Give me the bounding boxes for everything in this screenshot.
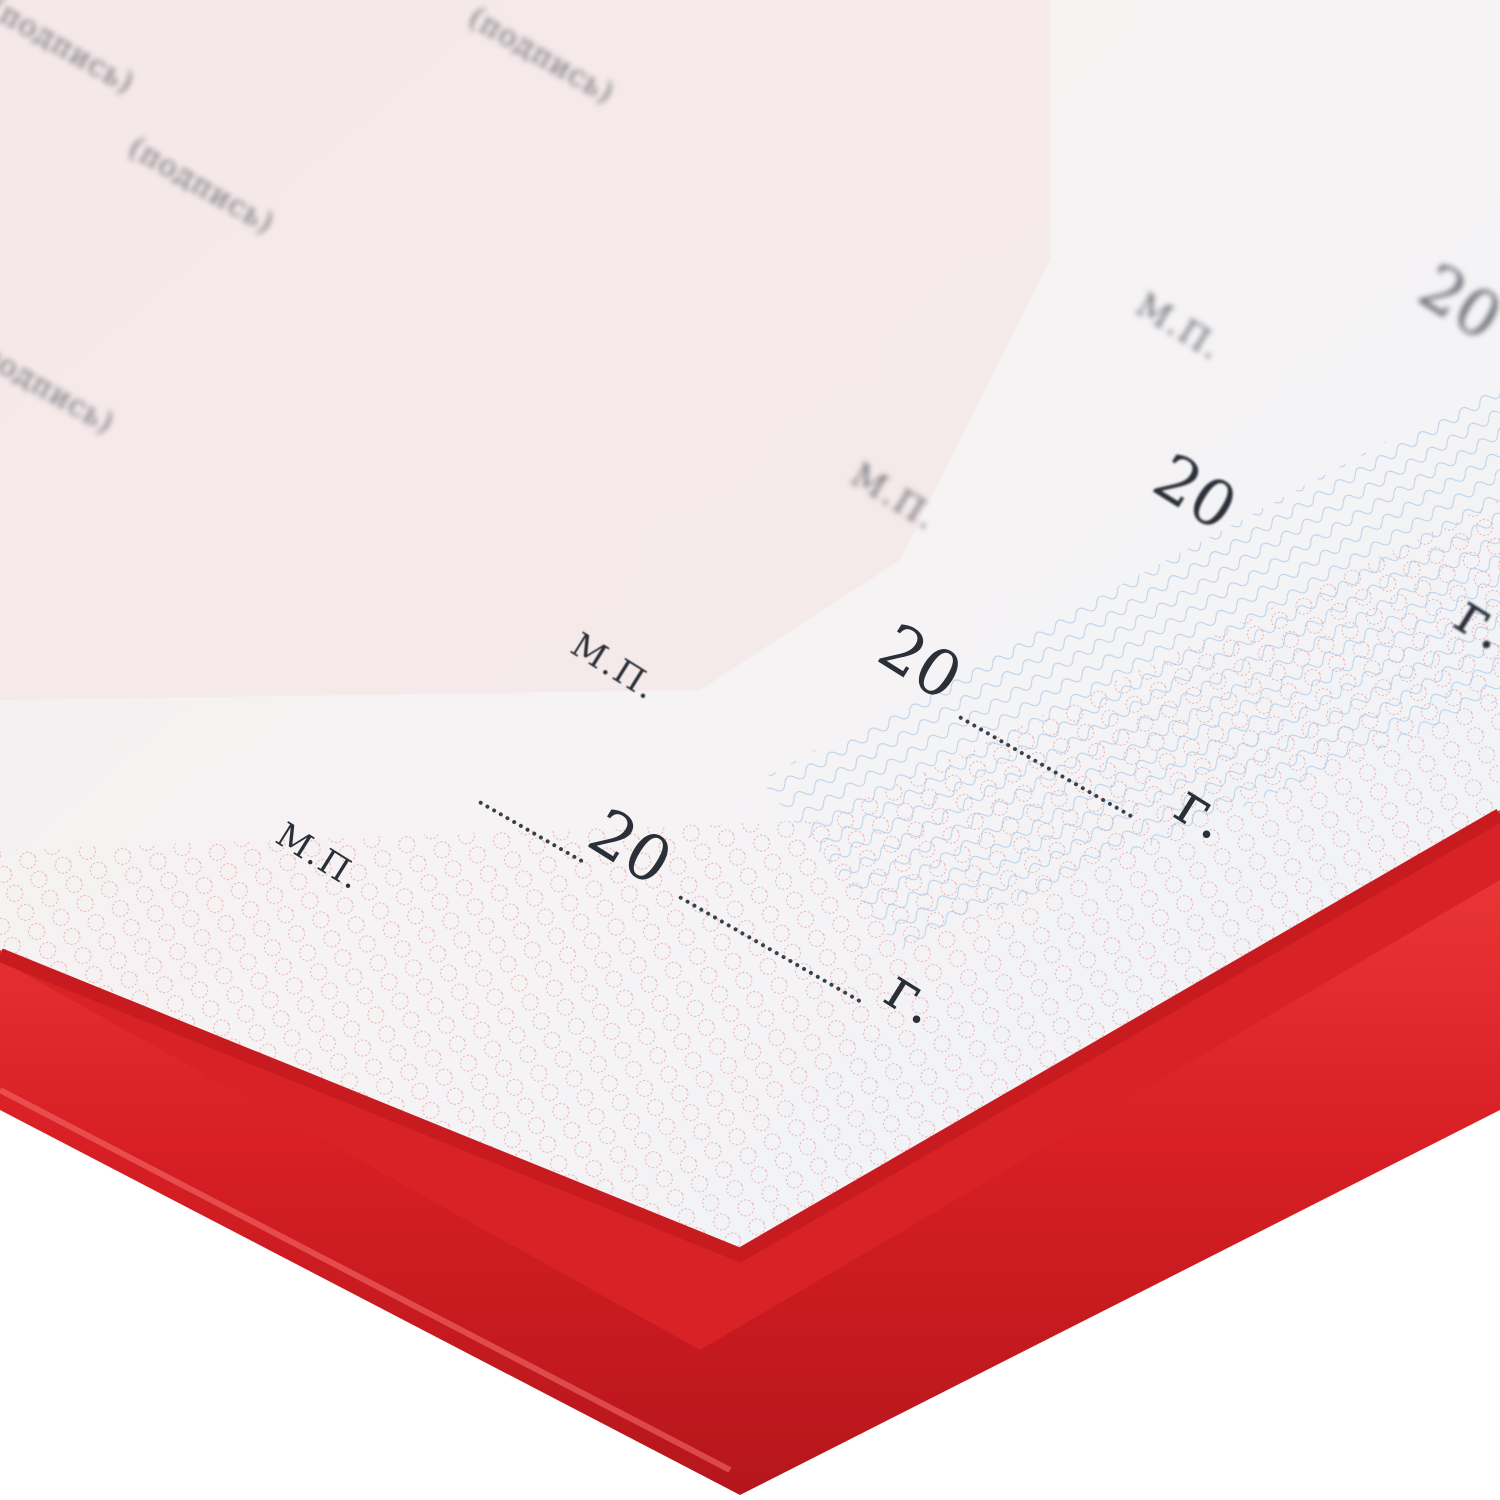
signature-label: (подпись) (0, 0, 140, 101)
stamp-label: М.П. (269, 815, 370, 899)
year-prefix: 20 (1141, 440, 1249, 546)
year-suffix: г. (1164, 770, 1241, 854)
signature-label: (подпись) (463, 0, 621, 111)
date-dotted-line (958, 715, 1133, 818)
stamp-label: М.П. (844, 455, 945, 539)
stamp-label: М.П. (564, 625, 665, 709)
year-prefix: 20 (576, 795, 684, 901)
certificate-page: (подпись) (подпись) (подпись) (подпись) … (0, 0, 1500, 1500)
year-suffix: г. (874, 955, 951, 1039)
year-prefix: 20 (866, 610, 974, 716)
signature-label: (подпись) (0, 330, 120, 441)
stamp-label: М.П. (1129, 285, 1230, 369)
document-photo: (подпись) (подпись) (подпись) (подпись) … (0, 0, 1500, 1500)
signature-label: (подпись) (123, 130, 281, 241)
year-prefix: 20 (1406, 250, 1500, 356)
year-suffix: г. (1444, 580, 1500, 664)
date-dotted-line (678, 895, 862, 1003)
date-dotted-line (478, 800, 584, 863)
